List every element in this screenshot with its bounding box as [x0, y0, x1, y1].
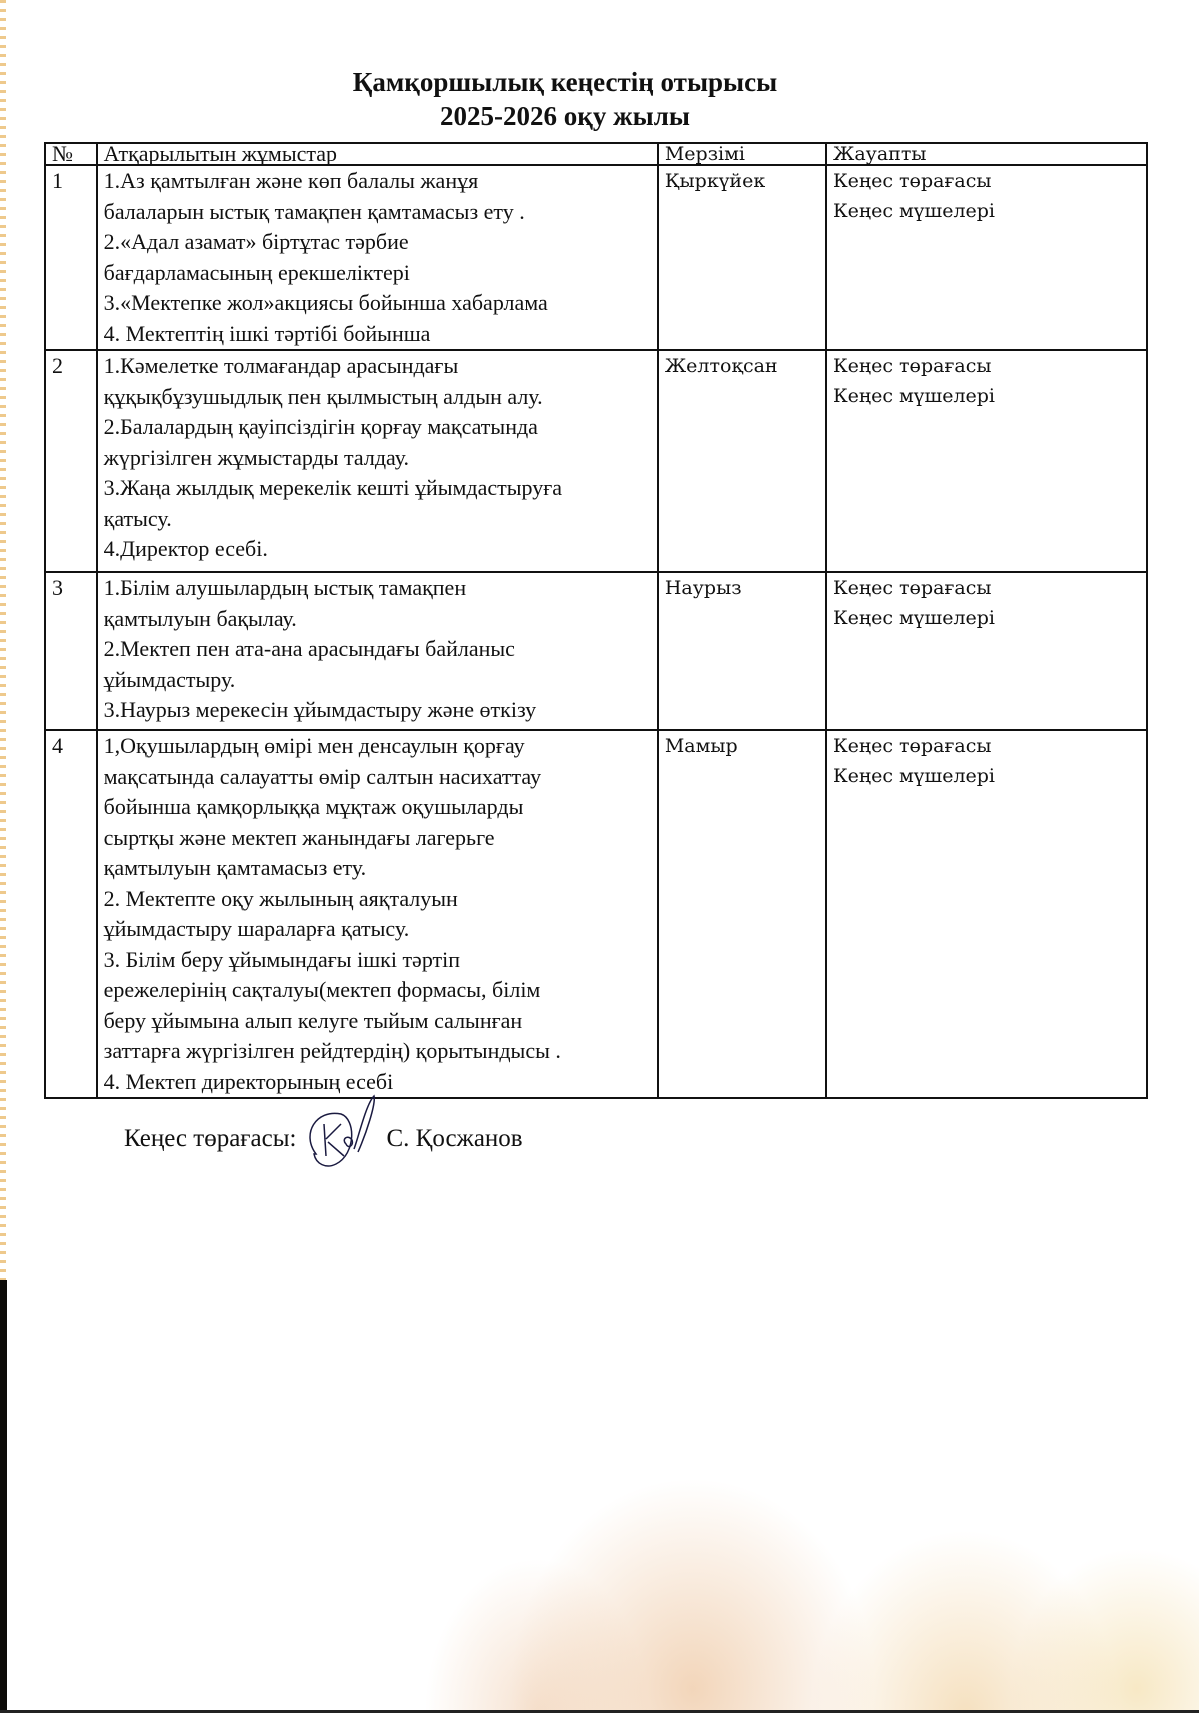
work-item-line: 1.Аз қамтылған және көп балалы жанұя [104, 166, 651, 197]
row-work-items: 1.Аз қамтылған және көп балалы жанұябала… [97, 165, 658, 350]
row-number: 1 [45, 165, 97, 350]
work-item-line: 1,Оқушылардың өмірі мен денсаулын қорғау [104, 731, 651, 762]
row-term: Желтоқсан [658, 350, 826, 572]
scan-edge-dark [0, 1280, 7, 1713]
responsible-line: Кеңес төрағасы [833, 573, 1140, 603]
row-work-items: 1.Кәмелетке толмағандар арасындағықұқықб… [97, 350, 658, 572]
row-work-items: 1,Оқушылардың өмірі мен денсаулын қорғау… [97, 730, 658, 1098]
document-title: Қамқоршылық кеңестің отырысы [0, 66, 1130, 98]
signature-block: Кеңес төрағасы: С. Қосжанов [124, 1124, 523, 1154]
row-responsible: Кеңес төрағасыКеңес мүшелері [826, 165, 1147, 350]
work-item-line: 2.Мектеп пен ата-ана арасындағы байланыс [104, 634, 651, 665]
paper-stain [420, 1230, 1199, 1713]
work-item-line: заттарға жүргізілген рейдтердің) қорытын… [104, 1036, 651, 1067]
work-item-line: құқықбұзушыдлық пен қылмыстың алдын алу. [104, 382, 651, 413]
handwritten-signature-icon [296, 1094, 386, 1184]
responsible-line: Кеңес төрағасы [833, 351, 1140, 381]
row-number: 2 [45, 350, 97, 572]
header-responsible: Жауапты [826, 143, 1147, 165]
header-work: Атқарылытын жұмыстар [97, 143, 658, 165]
work-item-line: балаларын ыстық тамақпен қамтамасыз ету … [104, 197, 651, 228]
work-item-line: мақсатында салауатты өмір салтын насихат… [104, 762, 651, 793]
row-responsible: Кеңес төрағасыКеңес мүшелері [826, 730, 1147, 1098]
work-item-line: сыртқы және мектеп жанындағы лагерьге [104, 823, 651, 854]
responsible-line: Кеңес төрағасы [833, 166, 1140, 196]
scan-edge [0, 0, 6, 1280]
table-row: 41,Оқушылардың өмірі мен денсаулын қорға… [45, 730, 1147, 1098]
table-row: 11.Аз қамтылған және көп балалы жанұябал… [45, 165, 1147, 350]
work-item-line: 2.Балалардың қауіпсіздігін қорғау мақсат… [104, 412, 651, 443]
work-item-line: ережелерінің сақталуы(мектеп формасы, бі… [104, 975, 651, 1006]
work-item-line: 1.Кәмелетке толмағандар арасындағы [104, 351, 651, 382]
row-number: 4 [45, 730, 97, 1098]
table-row: 21.Кәмелетке толмағандар арасындағықұқық… [45, 350, 1147, 572]
responsible-line: Кеңес төрағасы [833, 731, 1140, 761]
row-work-items: 1.Білім алушылардың ыстық тамақпенқамтыл… [97, 572, 658, 730]
work-item-line: жүргізілген жұмыстарды талдау. [104, 443, 651, 474]
work-item-line: 2.«Адал азамат» біртұтас тәрбие [104, 227, 651, 258]
work-item-line: ұйымдастыру шараларға қатысу. [104, 914, 651, 945]
row-term: Қыркүйек [658, 165, 826, 350]
work-item-line: 4.Директор есебі. [104, 534, 651, 565]
header-term: Мерзімі [658, 143, 826, 165]
work-item-line: қатысу. [104, 504, 651, 535]
work-item-line: 4. Мектеп директорының есебі [104, 1067, 651, 1098]
responsible-line: Кеңес мүшелері [833, 196, 1140, 226]
work-item-line: 4. Мектептің ішкі тәртібі бойынша [104, 319, 651, 350]
work-item-line: қамтылуын қамтамасыз ету. [104, 853, 651, 884]
work-item-line: 2. Мектепте оқу жылының аяқталуын [104, 884, 651, 915]
work-item-line: ұйымдастыру. [104, 665, 651, 696]
row-number: 3 [45, 572, 97, 730]
work-item-line: 3.Наурыз мерекесін ұйымдастыру және өткі… [104, 695, 651, 726]
signature-label: Кеңес төрағасы: [124, 1125, 296, 1153]
header-number: № [45, 143, 97, 165]
signature-name: С. Қосжанов [386, 1125, 522, 1153]
document-subtitle: 2025-2026 оқу жылы [0, 100, 1130, 132]
work-item-line: 1.Білім алушылардың ыстық тамақпен [104, 573, 651, 604]
row-responsible: Кеңес төрағасыКеңес мүшелері [826, 350, 1147, 572]
meeting-plan-table: № Атқарылытын жұмыстар Мерзімі Жауапты 1… [44, 142, 1148, 1099]
row-responsible: Кеңес төрағасыКеңес мүшелері [826, 572, 1147, 730]
work-item-line: қамтылуын бақылау. [104, 604, 651, 635]
responsible-line: Кеңес мүшелері [833, 761, 1140, 791]
work-item-line: бойынша қамқорлыққа мұқтаж оқушыларды [104, 792, 651, 823]
row-term: Наурыз [658, 572, 826, 730]
responsible-line: Кеңес мүшелері [833, 381, 1140, 411]
responsible-line: Кеңес мүшелері [833, 603, 1140, 633]
work-item-line: бағдарламасының ерекшеліктері [104, 258, 651, 289]
table-header-row: № Атқарылытын жұмыстар Мерзімі Жауапты [45, 143, 1147, 165]
work-item-line: 3.«Мектепке жол»акциясы бойынша хабарлам… [104, 288, 651, 319]
row-term: Мамыр [658, 730, 826, 1098]
work-item-line: беру ұйымына алып келуге тыйым салынған [104, 1006, 651, 1037]
work-item-line: 3. Білім беру ұйымындағы ішкі тәртіп [104, 945, 651, 976]
table-row: 31.Білім алушылардың ыстық тамақпенқамты… [45, 572, 1147, 730]
work-item-line: 3.Жаңа жылдық мерекелік кешті ұйымдастыр… [104, 473, 651, 504]
